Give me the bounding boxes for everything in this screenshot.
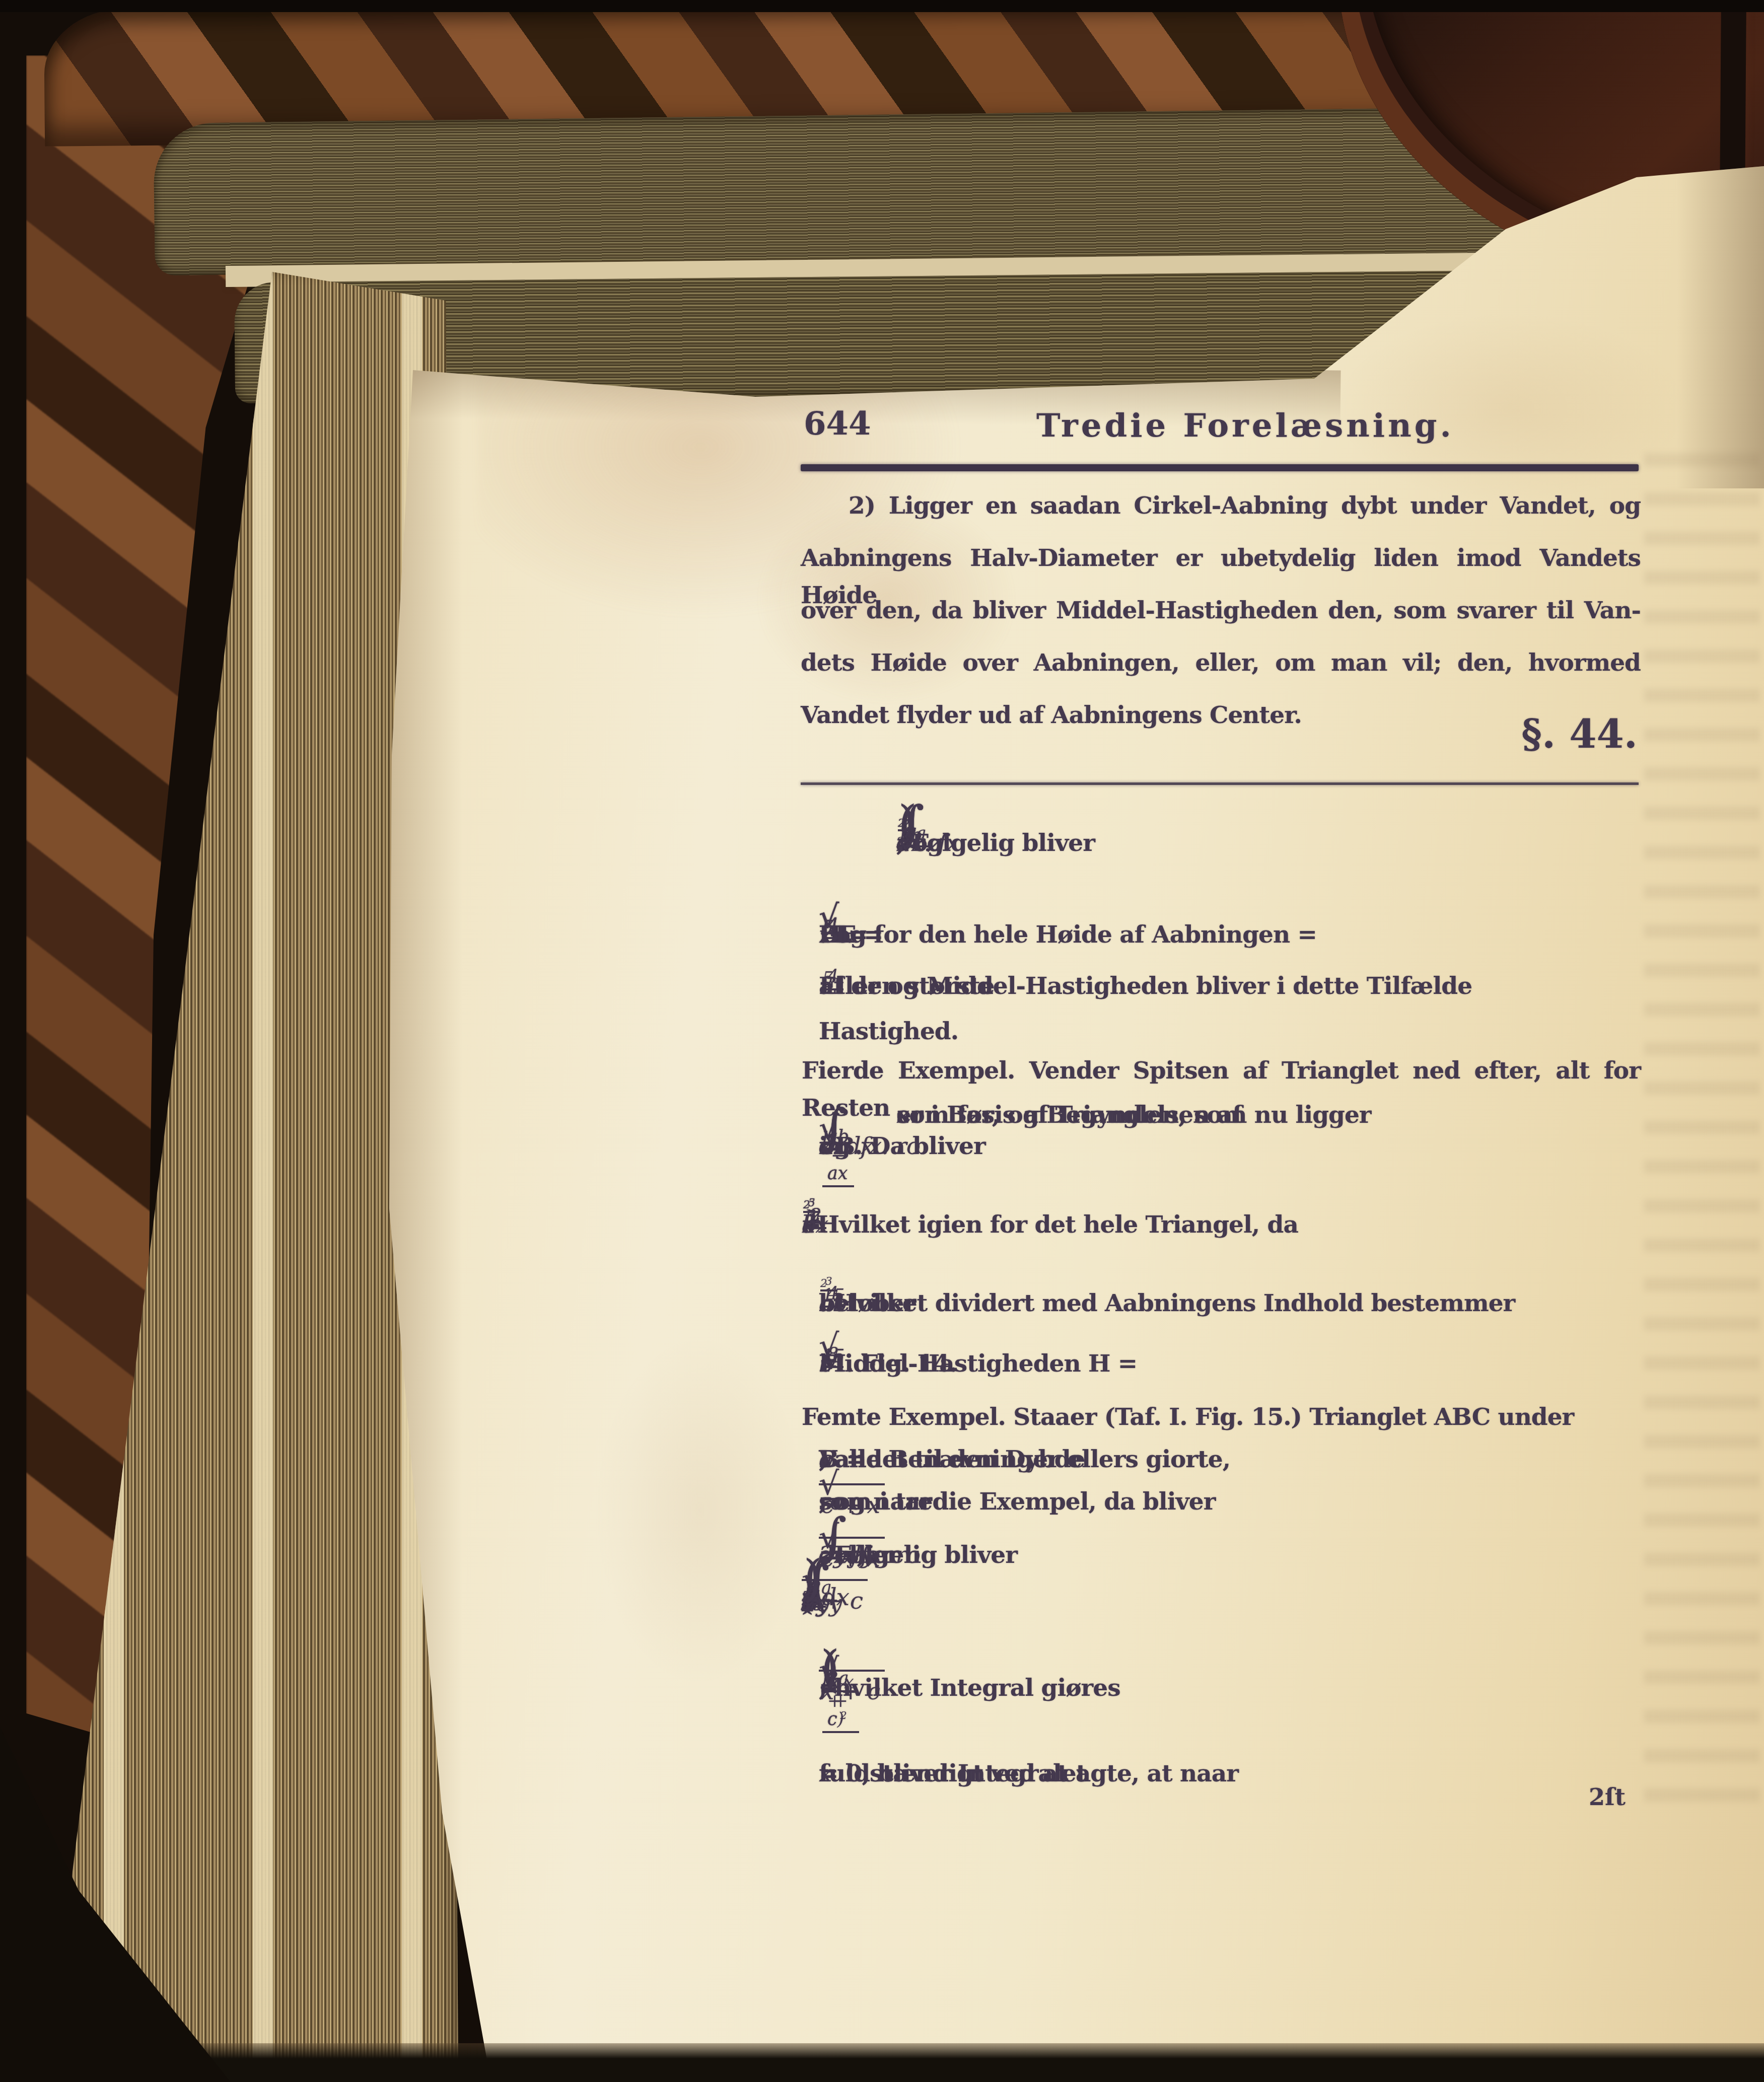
background-top-strip [0,0,1764,12]
background-bottom-band [0,2043,1764,2082]
running-title: Tredie Forelæsning. [1036,410,1454,442]
quire-signature-mark: 2ſt [1589,1785,1626,1809]
intro-line: 2) Ligger en saadan Cirkel-Aabning dybt … [849,487,1641,525]
photograph-of-open-book: 644 Tredie Forelæsning. 2) Ligger en saa… [0,0,1764,2082]
text-block: 644 Tredie Forelæsning. 2) Ligger en saa… [801,403,1641,1843]
intro-line: over den, da bliver Middel-Hastigheden d… [801,592,1641,629]
page-number: 644 [804,408,871,440]
show-through-ghosting [1644,453,1760,1813]
intro-line: dets Høide over Aabningen, eller, om man… [801,644,1641,682]
section-rule [801,782,1639,785]
section-mark: §. 44. [1521,715,1638,754]
header-rule [801,464,1639,471]
page-right-shade [1677,166,1764,488]
page-edges-top-band-upper [153,106,1585,276]
intro-line: Vandet flyder ud af Aabningens Center. [801,697,1641,734]
page-stain [594,1334,806,1687]
